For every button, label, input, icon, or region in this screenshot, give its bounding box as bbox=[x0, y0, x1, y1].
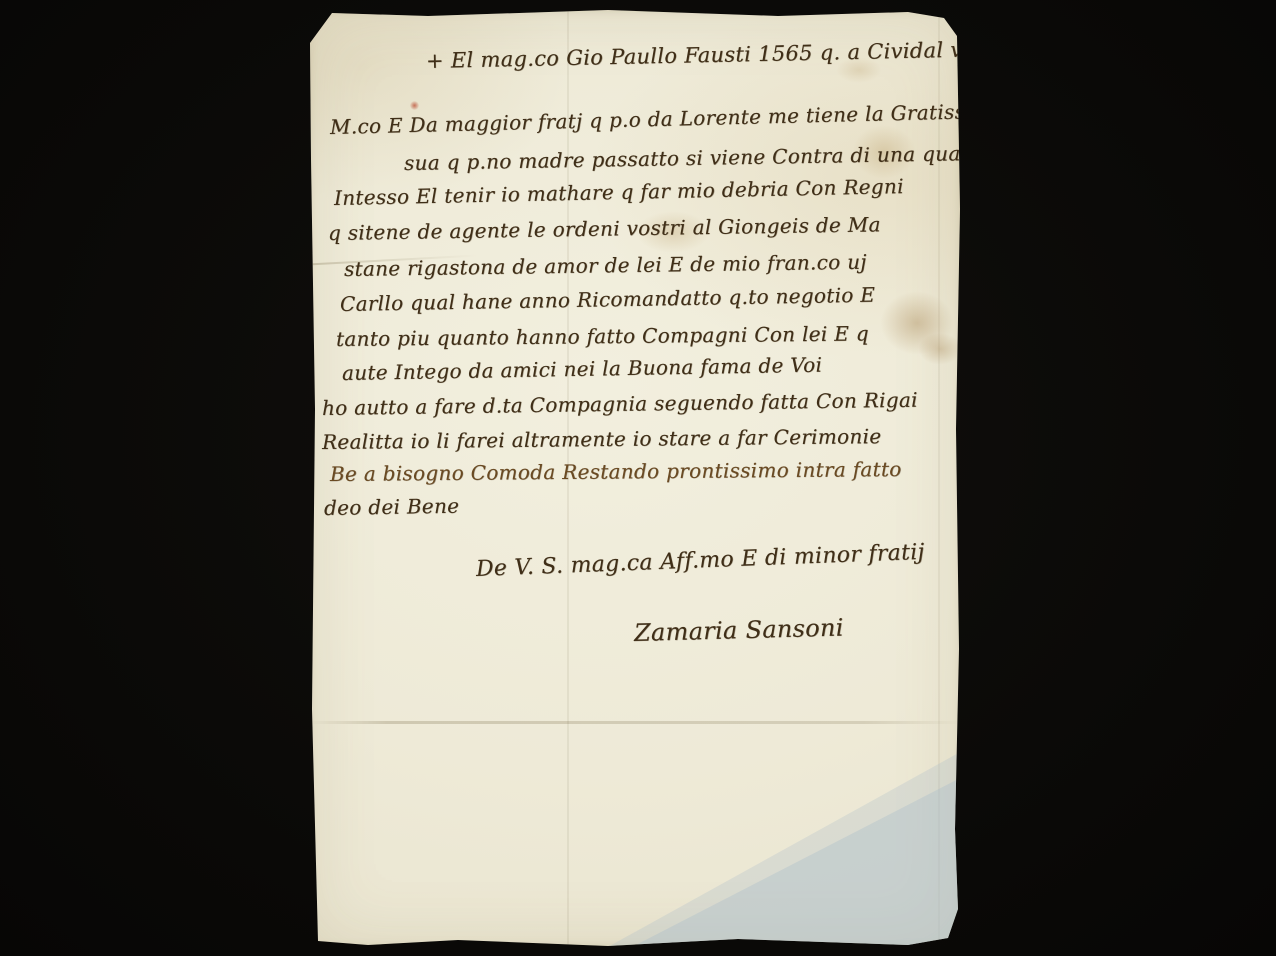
body-line-9: ho autto a fare d.ta Compagnia seguendo … bbox=[322, 388, 918, 420]
ink-stain bbox=[918, 333, 962, 365]
body-line-5: stane rigastona de amor de lei E de mio … bbox=[344, 250, 867, 281]
photograph-backdrop: + El mag.co Gio Paullo Fausti 1565 q. a … bbox=[0, 0, 1276, 956]
address-line: + El mag.co Gio Paullo Fausti 1565 q. a … bbox=[426, 37, 1016, 73]
signature: Zamaria Sansoni bbox=[634, 614, 844, 647]
body-line-6: Carllo qual hane anno Ricomandatto q.to … bbox=[340, 283, 876, 316]
body-line-10: Realitta io li farei altramente io stare… bbox=[322, 424, 882, 454]
body-line-2: sua q p.no madre passatto si viene Contr… bbox=[404, 141, 1000, 175]
manuscript-paper: + El mag.co Gio Paullo Fausti 1565 q. a … bbox=[308, 9, 962, 948]
body-line-8: aute Intego da amici nei la Buona fama d… bbox=[342, 353, 823, 385]
body-line-7: tanto piu quanto hanno fatto Compagni Co… bbox=[336, 321, 869, 351]
red-spot bbox=[410, 101, 419, 110]
horizontal-fold-crease bbox=[308, 721, 962, 724]
body-line-4: q sitene de agente le ordeni vostri al G… bbox=[328, 212, 881, 245]
closing-line: De V. S. mag.ca Aff.mo E di minor fratij bbox=[476, 540, 926, 582]
body-line-11: Be a bisogno Comoda Restando prontissimo… bbox=[330, 457, 902, 486]
body-line-3: Intesso El tenir io mathare q far mio de… bbox=[334, 174, 904, 210]
body-line-12: deo dei Bene bbox=[324, 494, 460, 520]
